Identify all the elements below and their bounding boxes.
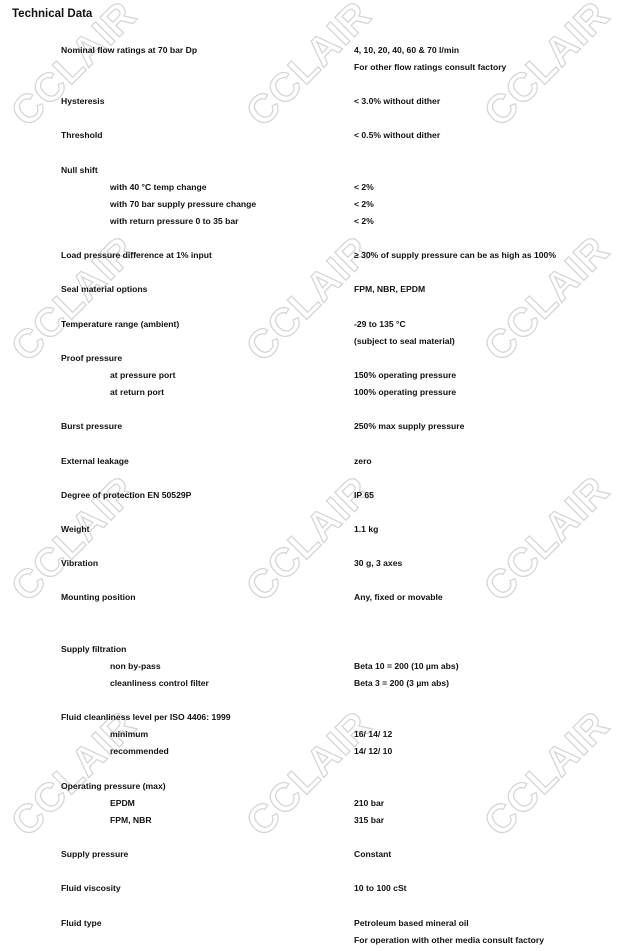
- watermark: CCLAIR: [238, 708, 372, 842]
- spec-sublabel: with 40 °C temp change: [110, 181, 207, 193]
- spec-subvalue: 210 bar: [354, 797, 384, 809]
- spec-value: 1.1 kg: [354, 523, 378, 535]
- spec-subvalue: < 2%: [354, 215, 374, 227]
- spec-subvalue: 100% operating pressure: [354, 386, 456, 398]
- spec-value: Petroleum based mineral oil: [354, 917, 469, 929]
- spec-label: Supply pressure: [61, 848, 128, 860]
- spec-label: Operating pressure (max): [61, 780, 166, 792]
- spec-label: Fluid cleanliness level per ISO 4406: 19…: [61, 711, 231, 723]
- spec-sublabel: cleanliness control filter: [110, 677, 209, 689]
- spec-value: For operation with other media consult f…: [354, 934, 544, 946]
- watermark: CCLAIR: [238, 473, 372, 607]
- spec-label: Proof pressure: [61, 352, 122, 364]
- page-title: Technical Data: [12, 8, 92, 20]
- spec-value: < 0.5% without dither: [354, 129, 440, 141]
- watermark: CCLAIR: [238, 233, 372, 367]
- spec-value: -29 to 135 °C: [354, 318, 406, 330]
- spec-subvalue: 150% operating pressure: [354, 369, 456, 381]
- spec-value: Any, fixed or movable: [354, 591, 443, 603]
- spec-label: Weight: [61, 523, 89, 535]
- spec-sublabel: with 70 bar supply pressure change: [110, 198, 256, 210]
- spec-label: Fluid viscosity: [61, 882, 121, 894]
- spec-label: Threshold: [61, 129, 103, 141]
- spec-value: 4, 10, 20, 40, 60 & 70 l/min: [354, 44, 459, 56]
- spec-value: (subject to seal material): [354, 335, 455, 347]
- spec-label: External leakage: [61, 455, 129, 467]
- spec-label: Mounting position: [61, 591, 135, 603]
- spec-label: Load pressure difference at 1% input: [61, 249, 212, 261]
- spec-value: FPM, NBR, EPDM: [354, 283, 425, 295]
- spec-subvalue: < 2%: [354, 198, 374, 210]
- watermark: CCLAIR: [476, 708, 610, 842]
- spec-value: < 3.0% without dither: [354, 95, 440, 107]
- spec-label: Supply filtration: [61, 643, 126, 655]
- spec-value: 30 g, 3 axes: [354, 557, 402, 569]
- spec-label: Degree of protection EN 50529P: [61, 489, 191, 501]
- spec-sublabel: with return pressure 0 to 35 bar: [110, 215, 238, 227]
- spec-label: Fluid type: [61, 917, 102, 929]
- watermark: CCLAIR: [238, 0, 372, 132]
- spec-label: Seal material options: [61, 283, 147, 295]
- spec-label: Temperature range (ambient): [61, 318, 179, 330]
- svg-text:CCLAIR: CCLAIR: [3, 0, 145, 135]
- spec-subvalue: Beta 3 = 200 (3 µm abs): [354, 677, 449, 689]
- spec-sublabel: minimum: [110, 728, 148, 740]
- spec-sublabel: FPM, NBR: [110, 814, 152, 826]
- spec-sublabel: recommended: [110, 745, 169, 757]
- spec-label: Burst pressure: [61, 420, 122, 432]
- spec-value: IP 65: [354, 489, 374, 501]
- spec-subvalue: 14/ 12/ 10: [354, 745, 392, 757]
- spec-value: ≥ 30% of supply pressure can be as high …: [354, 249, 556, 261]
- spec-sublabel: EPDM: [110, 797, 135, 809]
- watermark: CCLAIR: [476, 473, 610, 607]
- spec-subvalue: 315 bar: [354, 814, 384, 826]
- spec-sublabel: at return port: [110, 386, 164, 398]
- spec-label: Nominal flow ratings at 70 bar Dp: [61, 44, 197, 56]
- spec-value: For other flow ratings consult factory: [354, 61, 506, 73]
- spec-subvalue: Beta 10 = 200 (10 µm abs): [354, 660, 459, 672]
- spec-subvalue: < 2%: [354, 181, 374, 193]
- spec-subvalue: 16/ 14/ 12: [354, 728, 392, 740]
- spec-value: 250% max supply pressure: [354, 420, 464, 432]
- svg-text:CCLAIR: CCLAIR: [476, 703, 618, 845]
- spec-label: Vibration: [61, 557, 98, 569]
- spec-label: Null shift: [61, 164, 98, 176]
- spec-sublabel: non by-pass: [110, 660, 161, 672]
- spec-label: Hysteresis: [61, 95, 104, 107]
- spec-sublabel: at pressure port: [110, 369, 175, 381]
- spec-value: zero: [354, 455, 372, 467]
- spec-value: Constant: [354, 848, 391, 860]
- spec-value: 10 to 100 cSt: [354, 882, 407, 894]
- svg-text:CCLAIR: CCLAIR: [476, 468, 618, 610]
